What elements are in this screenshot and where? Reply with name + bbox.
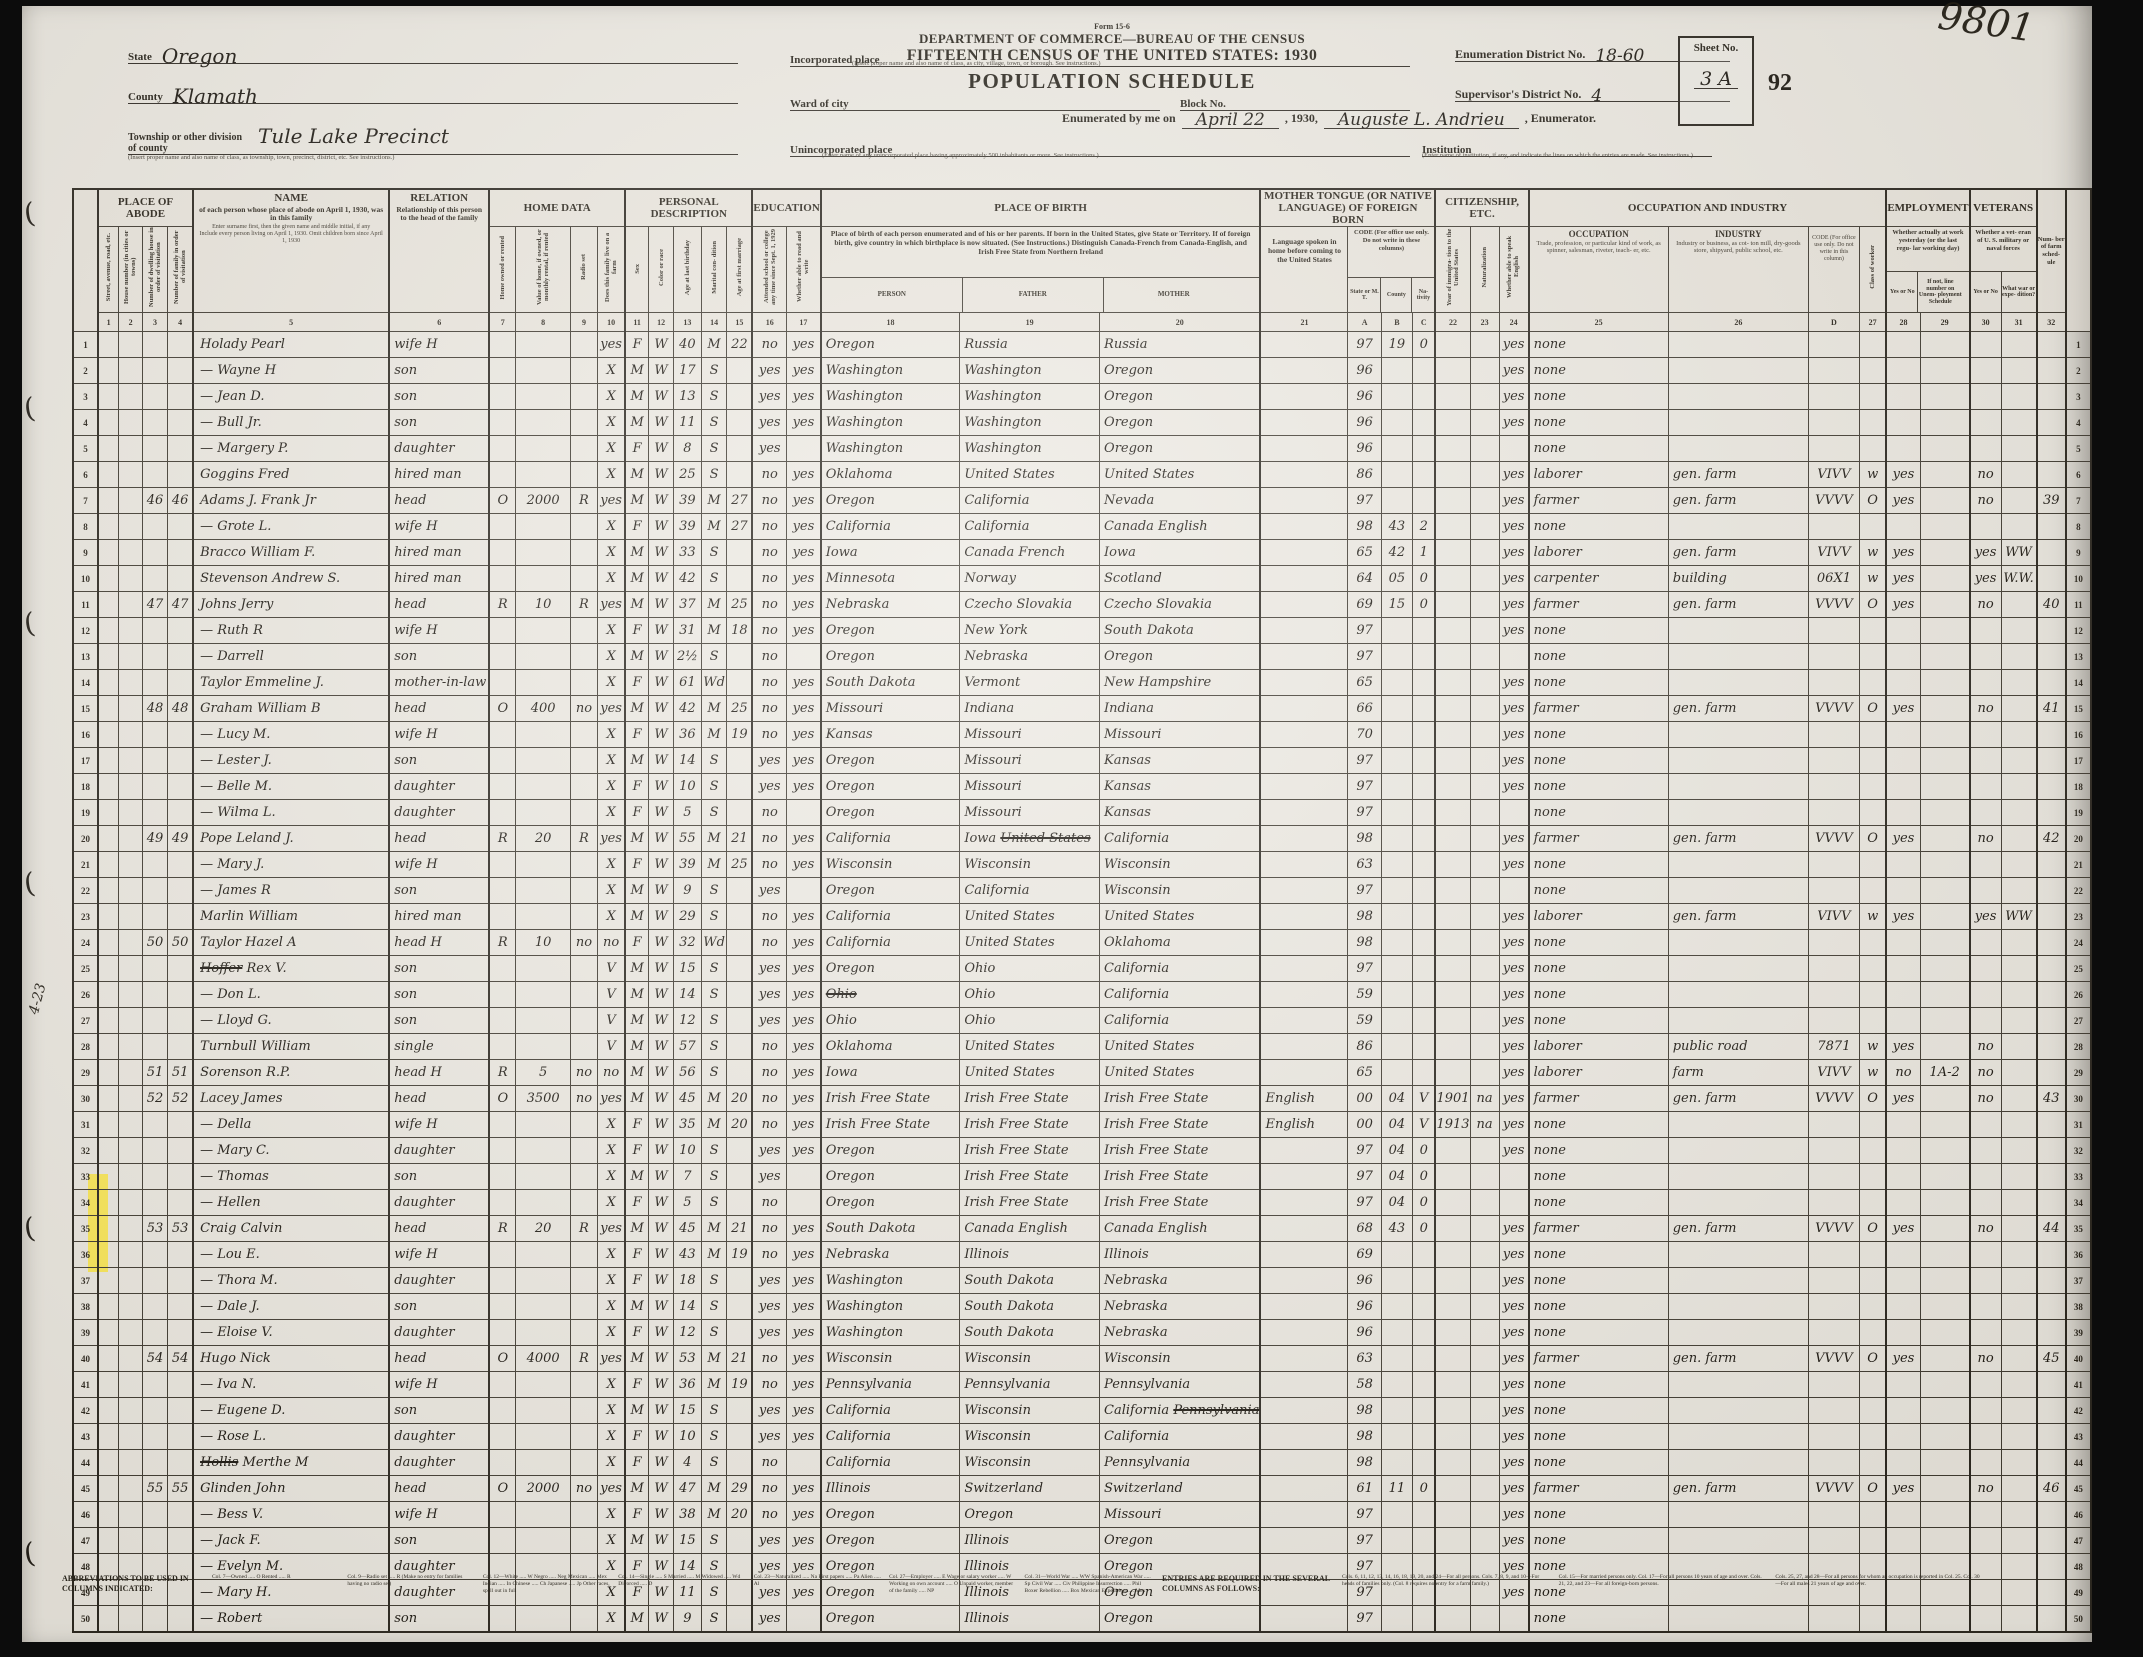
- cell-age: 14: [674, 982, 702, 1008]
- cell-fam: [168, 1528, 193, 1554]
- cell-name: Hugo Nick: [193, 1346, 389, 1372]
- cell-father: United States: [960, 1034, 1100, 1060]
- cell-father: Irish Free State: [960, 1086, 1100, 1112]
- cell-rw: yes: [787, 1060, 821, 1086]
- cell-unemp: [1920, 670, 1970, 696]
- cell-worker: [1859, 644, 1886, 670]
- column-number: D: [1808, 313, 1859, 332]
- cell-war: [2001, 826, 2037, 852]
- cell-work: [1886, 878, 1920, 904]
- cell-age: 39: [674, 514, 702, 540]
- cell-fs: [2037, 1268, 2066, 1294]
- cell-rw: yes: [787, 748, 821, 774]
- cell-father: Vermont: [960, 670, 1100, 696]
- veteran-yesno-column-header: Yes or No: [1971, 272, 2001, 312]
- cell-farm: X: [598, 1606, 626, 1633]
- cell-sex: F: [625, 514, 648, 540]
- cell-rw: yes: [787, 696, 821, 722]
- cell-war: [2001, 1476, 2037, 1502]
- cell-radio: [570, 1398, 597, 1424]
- cell-cA: 98: [1348, 904, 1381, 930]
- cell-relation: son: [389, 644, 489, 670]
- cell-school: yes: [752, 1424, 786, 1450]
- cell-value: 20: [516, 1216, 570, 1242]
- cell-occ: none: [1529, 722, 1669, 748]
- cell-dw: [142, 540, 167, 566]
- cell-school: yes: [752, 1398, 786, 1424]
- cell-marital: S: [701, 1450, 727, 1476]
- cell-cC: 0: [1413, 1190, 1436, 1216]
- cell-name: Hollis Merthe M: [193, 1450, 389, 1476]
- cell-work: [1886, 1294, 1920, 1320]
- cell-fs: [2037, 982, 2066, 1008]
- cell-fam: [168, 1268, 193, 1294]
- form-title-block: Form 15-6 DEPARTMENT OF COMMERCE—BUREAU …: [862, 22, 1362, 94]
- cell-cD: 06X1: [1808, 566, 1859, 592]
- cell-birth: Oregon: [821, 878, 960, 904]
- cell-unemp: [1920, 436, 1970, 462]
- table-row: 38— Dale J.sonXMW14SyesyesWashingtonSout…: [73, 1294, 2091, 1320]
- cell-eng: yes: [1499, 1528, 1529, 1554]
- cell-relation: head: [389, 1346, 489, 1372]
- cell-value: [516, 956, 570, 982]
- cell-ind: [1668, 1138, 1808, 1164]
- occupation-column-header: OCCUPATION Trade, profession, or particu…: [1529, 227, 1669, 313]
- cell-cC: [1413, 1294, 1436, 1320]
- cell-ln: 3: [73, 384, 98, 410]
- table-row: 16— Lucy M.wife HXFW36M19noyesKansasMiss…: [73, 722, 2091, 748]
- cell-name: Stevenson Andrew S.: [193, 566, 389, 592]
- cell-cD: [1808, 1320, 1859, 1346]
- cell-radio: [570, 384, 597, 410]
- cell-occ: farmer: [1529, 592, 1669, 618]
- cell-war: W.W.: [2001, 566, 2037, 592]
- cell-war: [2001, 514, 2037, 540]
- cell-work: [1886, 1164, 1920, 1190]
- cell-cA: 97: [1348, 644, 1381, 670]
- cell-school: yes: [752, 982, 786, 1008]
- cell-house: [119, 410, 142, 436]
- cell-ln2: 30: [2066, 1086, 2091, 1112]
- cell-cB: 43: [1381, 1216, 1412, 1242]
- cell-radio: [570, 540, 597, 566]
- cell-unemp: [1920, 1528, 1970, 1554]
- cell-cB: [1381, 1372, 1412, 1398]
- cell-dw: 54: [142, 1346, 167, 1372]
- father-column-header: FATHER: [962, 278, 1103, 312]
- cell-cC: [1413, 696, 1436, 722]
- cell-age_m: [727, 1008, 752, 1034]
- cell-lang: [1260, 1528, 1347, 1554]
- cell-ln2: 11: [2066, 592, 2091, 618]
- cell-cC: 0: [1413, 332, 1436, 358]
- cell-value: [516, 1606, 570, 1633]
- cell-rw: [787, 878, 821, 904]
- cell-radio: [570, 566, 597, 592]
- cell-school: no: [752, 1346, 786, 1372]
- cell-fam: [168, 1502, 193, 1528]
- cell-race: W: [649, 930, 674, 956]
- cell-farm: X: [598, 722, 626, 748]
- cell-imm: [1435, 1502, 1470, 1528]
- cell-name: — James R: [193, 878, 389, 904]
- cell-war: WW: [2001, 540, 2037, 566]
- cell-mother: Irish Free State: [1100, 1086, 1261, 1112]
- cell-cD: VIVV: [1808, 540, 1859, 566]
- cell-marital: M: [701, 488, 727, 514]
- cell-vet: [1970, 384, 2001, 410]
- cell-fs: [2037, 358, 2066, 384]
- cell-age: 8: [674, 436, 702, 462]
- enumerator-name: Auguste L. Andrieu: [1324, 113, 1519, 129]
- cell-ln2: 44: [2066, 1450, 2091, 1476]
- cell-farm: X: [598, 384, 626, 410]
- cell-mother: California: [1100, 956, 1261, 982]
- cell-nat: [1470, 1528, 1499, 1554]
- cell-house: [119, 1476, 142, 1502]
- cell-ln: 33: [73, 1164, 98, 1190]
- cell-rw: [787, 1164, 821, 1190]
- cell-mother: Nevada: [1100, 488, 1261, 514]
- cell-dw: [142, 774, 167, 800]
- cell-age: 45: [674, 1086, 702, 1112]
- cell-cA: 98: [1348, 1424, 1381, 1450]
- cell-birth: California: [821, 930, 960, 956]
- cell-vet: [1970, 774, 2001, 800]
- cell-eng: yes: [1499, 1320, 1529, 1346]
- cell-cC: [1413, 670, 1436, 696]
- cell-ind: [1668, 1424, 1808, 1450]
- cell-ind: gen. farm: [1668, 1476, 1808, 1502]
- footer-text: Col. 12—White ..... W Negro ..... Neg Me…: [483, 1574, 610, 1595]
- cell-name: Graham William B: [193, 696, 389, 722]
- cell-radio: no: [570, 1476, 597, 1502]
- cell-dw: [142, 904, 167, 930]
- cell-ln: 24: [73, 930, 98, 956]
- cell-age: 42: [674, 696, 702, 722]
- cell-cB: [1381, 1034, 1412, 1060]
- table-row: 28Turnbull WilliamsingleVMW57SnoyesOklah…: [73, 1034, 2091, 1060]
- cell-farm: X: [598, 1138, 626, 1164]
- cell-marital: M: [701, 722, 727, 748]
- cell-ln: 37: [73, 1268, 98, 1294]
- cell-worker: [1859, 1450, 1886, 1476]
- cell-house: [119, 800, 142, 826]
- cell-race: W: [649, 696, 674, 722]
- cell-race: W: [649, 644, 674, 670]
- cell-age_m: 19: [727, 1372, 752, 1398]
- cell-occ: none: [1529, 1190, 1669, 1216]
- cell-own: [489, 1008, 516, 1034]
- cell-occ: farmer: [1529, 1476, 1669, 1502]
- cell-lang: [1260, 1060, 1347, 1086]
- cell-street: [98, 566, 119, 592]
- cell-ln2: 18: [2066, 774, 2091, 800]
- cell-name: — Mary C.: [193, 1138, 389, 1164]
- cell-fam: 46: [168, 488, 193, 514]
- cell-ind: [1668, 436, 1808, 462]
- cell-unemp: [1920, 1164, 1970, 1190]
- cell-relation: wife H: [389, 1112, 489, 1138]
- cell-relation: son: [389, 1606, 489, 1633]
- cell-cD: VIVV: [1808, 1060, 1859, 1086]
- cell-cA: 97: [1348, 1164, 1381, 1190]
- cell-eng: yes: [1499, 566, 1529, 592]
- cell-imm: [1435, 1372, 1470, 1398]
- cell-cC: [1413, 488, 1436, 514]
- cell-worker: [1859, 1372, 1886, 1398]
- column-number: 1: [98, 313, 119, 332]
- cell-cD: [1808, 1372, 1859, 1398]
- cell-eng: yes: [1499, 514, 1529, 540]
- cell-ind: [1668, 774, 1808, 800]
- table-row: 36— Lou E.wife HXFW43M19noyesNebraskaIll…: [73, 1242, 2091, 1268]
- cell-work: yes: [1886, 1476, 1920, 1502]
- cell-fam: [168, 644, 193, 670]
- cell-radio: [570, 722, 597, 748]
- cell-mother: Irish Free State: [1100, 1190, 1261, 1216]
- cell-relation: daughter: [389, 800, 489, 826]
- cell-occ: none: [1529, 384, 1669, 410]
- cell-cA: 63: [1348, 1346, 1381, 1372]
- cell-father: South Dakota: [960, 1268, 1100, 1294]
- cell-value: [516, 748, 570, 774]
- cell-own: [489, 800, 516, 826]
- cell-cA: 98: [1348, 930, 1381, 956]
- veterans-group: VETERANS: [1970, 189, 2037, 227]
- cell-own: [489, 1294, 516, 1320]
- cell-age: 56: [674, 1060, 702, 1086]
- cell-imm: [1435, 852, 1470, 878]
- cell-nat: na: [1470, 1112, 1499, 1138]
- cell-ind: gen. farm: [1668, 904, 1808, 930]
- cell-occ: laborer: [1529, 1034, 1669, 1060]
- cell-dw: [142, 878, 167, 904]
- cell-street: [98, 1112, 119, 1138]
- occupation-industry-group: OCCUPATION AND INDUSTRY: [1529, 189, 1887, 227]
- cell-worker: O: [1859, 488, 1886, 514]
- cell-mother: Nebraska: [1100, 1294, 1261, 1320]
- cell-race: W: [649, 488, 674, 514]
- cell-marital: S: [701, 384, 727, 410]
- cell-birth: Washington: [821, 384, 960, 410]
- cell-race: W: [649, 722, 674, 748]
- cell-birth: Washington: [821, 436, 960, 462]
- cell-cD: [1808, 1242, 1859, 1268]
- footer-text: Col. 15—For married persons only. Col. 1…: [1559, 1574, 1766, 1588]
- cell-street: [98, 1294, 119, 1320]
- cell-eng: yes: [1499, 1112, 1529, 1138]
- cell-father: Oregon: [960, 1502, 1100, 1528]
- cell-name: Marlin William: [193, 904, 389, 930]
- cell-mother: California: [1100, 982, 1261, 1008]
- cell-father: Illinois: [960, 1606, 1100, 1633]
- cell-occ: laborer: [1529, 462, 1669, 488]
- cell-fam: [168, 1424, 193, 1450]
- cell-mother: Pennsylvania: [1100, 1450, 1261, 1476]
- cell-race: W: [649, 1190, 674, 1216]
- cell-occ: none: [1529, 1294, 1669, 1320]
- cell-school: no: [752, 566, 786, 592]
- cell-own: [489, 1528, 516, 1554]
- cell-fs: [2037, 1372, 2066, 1398]
- cell-age_m: 25: [727, 592, 752, 618]
- cell-war: [2001, 1216, 2037, 1242]
- cell-father: Irish Free State: [960, 1112, 1100, 1138]
- cell-nat: [1470, 1398, 1499, 1424]
- cell-dw: [142, 1008, 167, 1034]
- cell-worker: [1859, 1008, 1886, 1034]
- cell-ln2: 5: [2066, 436, 2091, 462]
- cell-imm: 1901: [1435, 1086, 1470, 1112]
- cell-fam: [168, 904, 193, 930]
- cell-age: 55: [674, 826, 702, 852]
- cell-eng: yes: [1499, 1450, 1529, 1476]
- cell-ln: 6: [73, 462, 98, 488]
- cell-street: [98, 1008, 119, 1034]
- cell-lang: [1260, 696, 1347, 722]
- cell-age_m: [727, 1060, 752, 1086]
- cell-unemp: [1920, 930, 1970, 956]
- cell-ind: gen. farm: [1668, 462, 1808, 488]
- cell-house: [119, 1346, 142, 1372]
- cell-name: — Eugene D.: [193, 1398, 389, 1424]
- cell-work: yes: [1886, 904, 1920, 930]
- cell-sex: F: [625, 618, 648, 644]
- cell-marital: S: [701, 1034, 727, 1060]
- block-label: Block No.: [1180, 98, 1226, 110]
- cell-ind: [1668, 1268, 1808, 1294]
- cell-worker: w: [1859, 540, 1886, 566]
- cell-birth: Washington: [821, 1320, 960, 1346]
- cell-cD: VVVV: [1808, 488, 1859, 514]
- cell-imm: [1435, 982, 1470, 1008]
- cell-street: [98, 982, 119, 1008]
- cell-fs: [2037, 1502, 2066, 1528]
- cell-name: — Wilma L.: [193, 800, 389, 826]
- cell-age_m: [727, 1034, 752, 1060]
- cell-vet: [1970, 748, 2001, 774]
- cell-work: [1886, 1606, 1920, 1633]
- cell-mother: Missouri: [1100, 722, 1261, 748]
- cell-father: California: [960, 878, 1100, 904]
- cell-worker: [1859, 1398, 1886, 1424]
- cell-rw: [787, 436, 821, 462]
- table-row: 32— Mary C.daughterXFW10SyesyesOregonIri…: [73, 1138, 2091, 1164]
- table-row: 18— Belle M.daughterXFW10SyesyesOregonMi…: [73, 774, 2091, 800]
- cell-value: [516, 1034, 570, 1060]
- cell-ind: [1668, 514, 1808, 540]
- cell-sex: M: [625, 1034, 648, 1060]
- cell-vet: [1970, 1294, 2001, 1320]
- cell-fs: [2037, 930, 2066, 956]
- cell-race: W: [649, 1346, 674, 1372]
- cell-marital: S: [701, 1398, 727, 1424]
- cell-dw: [142, 410, 167, 436]
- cell-worker: [1859, 878, 1886, 904]
- cell-war: [2001, 930, 2037, 956]
- class-of-worker-column-header: Class of worker: [1859, 227, 1886, 313]
- cell-imm: [1435, 1034, 1470, 1060]
- cell-school: no: [752, 852, 786, 878]
- unemployment-line-column-header: If not, line number on Unem- ployment Sc…: [1917, 272, 1962, 312]
- cell-street: [98, 1606, 119, 1633]
- cell-ind: [1668, 1502, 1808, 1528]
- cell-mother: Indiana: [1100, 696, 1261, 722]
- cell-birth: Oregon: [821, 956, 960, 982]
- cell-occ: farmer: [1529, 826, 1669, 852]
- cell-unemp: [1920, 488, 1970, 514]
- cell-cC: [1413, 1268, 1436, 1294]
- cell-vet: [1970, 436, 2001, 462]
- cell-relation: son: [389, 1164, 489, 1190]
- cell-lang: [1260, 904, 1347, 930]
- cell-unemp: [1920, 1606, 1970, 1633]
- cell-imm: [1435, 592, 1470, 618]
- cell-nat: [1470, 696, 1499, 722]
- cell-age_m: [727, 1528, 752, 1554]
- cell-imm: [1435, 1242, 1470, 1268]
- cell-nat: [1470, 1190, 1499, 1216]
- column-number: 10: [598, 313, 626, 332]
- cell-unemp: [1920, 1086, 1970, 1112]
- cell-house: [119, 592, 142, 618]
- column-numbers-row: 123456789101112131415161718192021ABC2223…: [73, 313, 2091, 332]
- cell-cB: [1381, 696, 1412, 722]
- cell-father: Irish Free State: [960, 1190, 1100, 1216]
- column-number: 3: [142, 313, 167, 332]
- cell-war: [2001, 956, 2037, 982]
- cell-war: [2001, 1138, 2037, 1164]
- cell-sex: M: [625, 1060, 648, 1086]
- cell-value: [516, 1398, 570, 1424]
- cell-birth: Oklahoma: [821, 462, 960, 488]
- cell-occ: none: [1529, 982, 1669, 1008]
- cell-relation: son: [389, 1398, 489, 1424]
- cell-rw: yes: [787, 1528, 821, 1554]
- cell-farm: X: [598, 748, 626, 774]
- cell-age_m: [727, 800, 752, 826]
- cell-cA: 69: [1348, 1242, 1381, 1268]
- cell-birth: Oregon: [821, 1502, 960, 1528]
- cell-fs: [2037, 1008, 2066, 1034]
- cell-radio: [570, 1008, 597, 1034]
- cell-value: [516, 644, 570, 670]
- cell-race: W: [649, 826, 674, 852]
- cell-ln2: 46: [2066, 1502, 2091, 1528]
- cell-nat: [1470, 618, 1499, 644]
- cell-cD: [1808, 644, 1859, 670]
- cell-mother: Wisconsin: [1100, 878, 1261, 904]
- cell-war: [2001, 332, 2037, 358]
- cell-unemp: [1920, 1398, 1970, 1424]
- cell-cA: 98: [1348, 826, 1381, 852]
- cell-sex: F: [625, 852, 648, 878]
- cell-cB: [1381, 1294, 1412, 1320]
- cell-imm: [1435, 1346, 1470, 1372]
- page-stamp: 92: [1768, 70, 1792, 97]
- cell-age: 33: [674, 540, 702, 566]
- cell-work: [1886, 1268, 1920, 1294]
- cell-street: [98, 488, 119, 514]
- cell-cA: 97: [1348, 800, 1381, 826]
- cell-nat: [1470, 436, 1499, 462]
- cell-unemp: [1920, 1034, 1970, 1060]
- cell-imm: [1435, 540, 1470, 566]
- cell-father: Washington: [960, 384, 1100, 410]
- cell-eng: yes: [1499, 1346, 1529, 1372]
- table-row: 355353Craig CalvinheadR20RyesMW45M21noye…: [73, 1216, 2091, 1242]
